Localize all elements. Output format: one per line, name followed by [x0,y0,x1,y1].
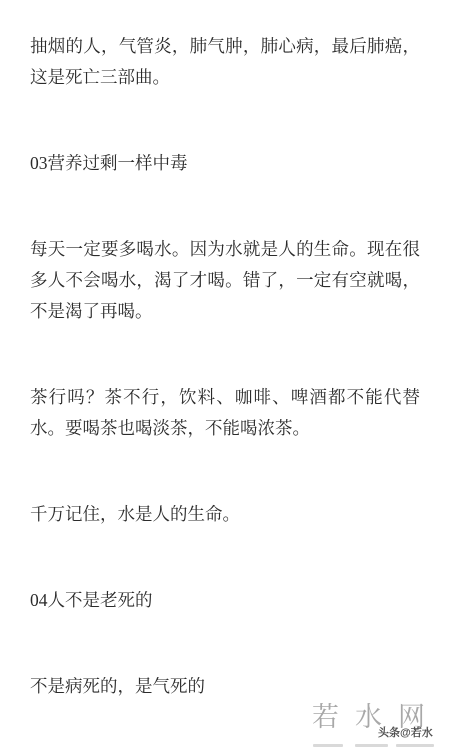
paragraph-smoking: 抽烟的人，气管炎，肺气肿，肺心病，最后肺癌，这是死亡三部曲。 [30,31,420,93]
section-heading-04: 04人不是老死的 [30,585,420,616]
paragraph-drink-water: 每天一定要多喝水。因为水就是人的生命。现在很多人不会喝水，渴了才喝。错了，一定有… [30,234,420,327]
article-body: 抽烟的人，气管炎，肺气肿，肺心病，最后肺癌，这是死亡三部曲。 03营养过剩一样中… [30,31,420,750]
section-heading-03: 03营养过剩一样中毒 [30,148,420,179]
paragraph-remember-water: 千万记住，水是人的生命。 [30,499,420,530]
paragraph-tea: 茶行吗？茶不行，饮料、咖啡、啤酒都不能代替水。要喝茶也喝淡茶，不能喝浓茶。 [30,382,420,444]
paragraph-die-of-anger: 不是病死的，是气死的 [30,671,420,702]
article-page: 抽烟的人，气管炎，肺气肿，肺心病，最后肺癌，这是死亡三部曲。 03营养过剩一样中… [0,0,450,750]
